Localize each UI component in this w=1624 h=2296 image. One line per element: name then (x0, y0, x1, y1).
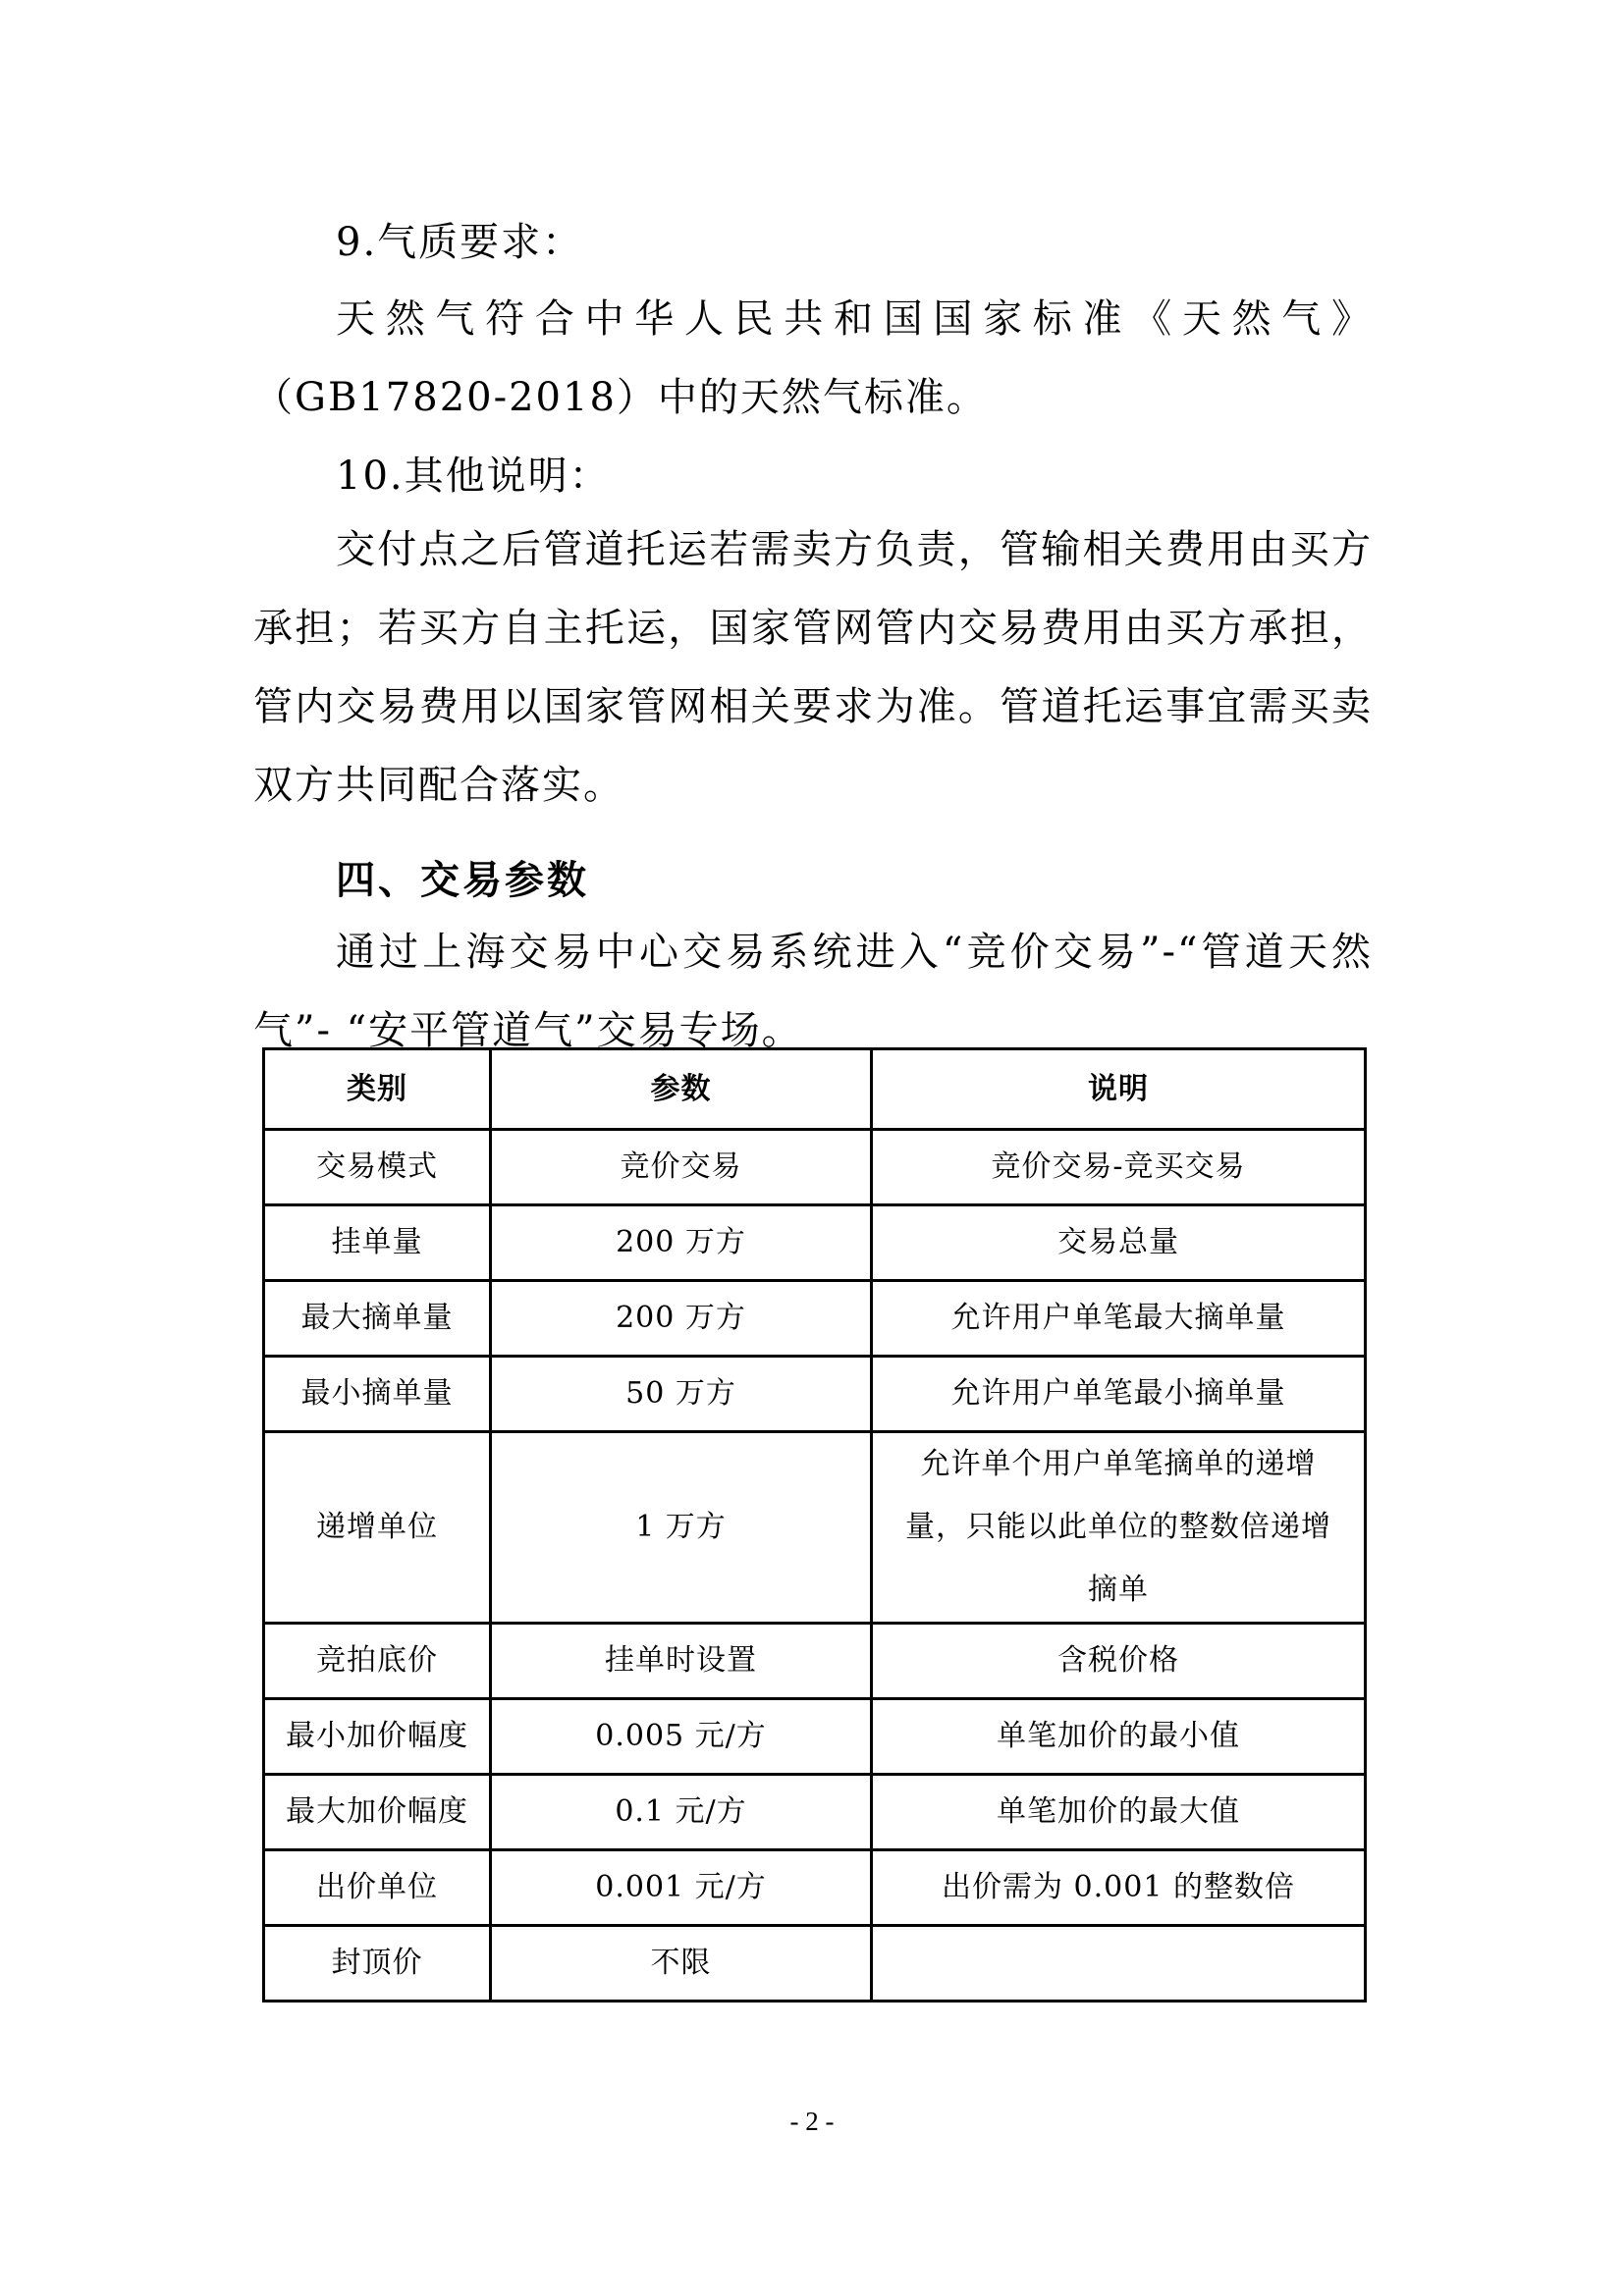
cell-note (872, 1926, 1366, 2002)
cell-parameter: 挂单时设置 (491, 1624, 872, 1699)
cell-category: 最小摘单量 (264, 1357, 491, 1432)
cell-parameter: 竞价交易 (491, 1130, 872, 1205)
table-row: 最大加价幅度 0.1 元/方 单笔加价的最大值 (264, 1775, 1366, 1850)
cell-note: 允许用户单笔最大摘单量 (872, 1281, 1366, 1357)
header-category: 类别 (264, 1049, 491, 1130)
table-row: 出价单位 0.001 元/方 出价需为 0.001 的整数倍 (264, 1850, 1366, 1926)
item9-heading: 9.气质要求： (336, 218, 583, 267)
cell-parameter: 200 万方 (491, 1281, 872, 1357)
table-row: 竞拍底价 挂单时设置 含税价格 (264, 1624, 1366, 1699)
cell-category: 最大加价幅度 (264, 1775, 491, 1850)
table-row: 封顶价 不限 (264, 1926, 1366, 2002)
table-row: 最小摘单量 50 万方 允许用户单笔最小摘单量 (264, 1357, 1366, 1432)
cell-note: 竞价交易-竞买交易 (872, 1130, 1366, 1205)
cell-note: 含税价格 (872, 1624, 1366, 1699)
cell-note: 出价需为 0.001 的整数倍 (872, 1850, 1366, 1926)
header-note: 说明 (872, 1049, 1366, 1130)
cell-category: 最大摘单量 (264, 1281, 491, 1357)
cell-parameter: 1 万方 (491, 1432, 872, 1624)
cell-category: 递增单位 (264, 1432, 491, 1624)
cell-category: 竞拍底价 (264, 1624, 491, 1699)
cell-category: 封顶价 (264, 1926, 491, 2002)
cell-parameter: 50 万方 (491, 1357, 872, 1432)
document-page: 9.气质要求： 天然气符合中华人民共和国国家标准《天然气》（GB17820-20… (0, 0, 1624, 2296)
item10-heading: 10.其他说明： (336, 452, 611, 501)
header-parameter: 参数 (491, 1049, 872, 1130)
section4-intro: 通过上海交易中心交易系统进入“竞价交易”-“管道天然气”- “安平管道气”交易专… (253, 913, 1373, 1070)
table-row: 递增单位 1 万方 允许单个用户单笔摘单的递增量，只能以此单位的整数倍递增摘单 (264, 1432, 1366, 1624)
cell-parameter: 200 万方 (491, 1205, 872, 1281)
item9-body: 天然气符合中华人民共和国国家标准《天然气》（GB17820-2018）中的天然气… (253, 280, 1373, 437)
table-row: 最大摘单量 200 万方 允许用户单笔最大摘单量 (264, 1281, 1366, 1357)
trading-parameters-table: 类别 参数 说明 交易模式 竞价交易 竞价交易-竞买交易 挂单量 200 万方 … (262, 1047, 1367, 2002)
cell-parameter: 0.001 元/方 (491, 1850, 872, 1926)
cell-note: 交易总量 (872, 1205, 1366, 1281)
table-row: 挂单量 200 万方 交易总量 (264, 1205, 1366, 1281)
cell-note: 允许单个用户单笔摘单的递增量，只能以此单位的整数倍递增摘单 (872, 1432, 1366, 1624)
cell-parameter: 0.1 元/方 (491, 1775, 872, 1850)
cell-parameter: 不限 (491, 1926, 872, 2002)
cell-note: 单笔加价的最大值 (872, 1775, 1366, 1850)
cell-note: 单笔加价的最小值 (872, 1699, 1366, 1775)
cell-category: 最小加价幅度 (264, 1699, 491, 1775)
section4-heading: 四、交易参数 (336, 856, 589, 905)
cell-parameter: 0.005 元/方 (491, 1699, 872, 1775)
cell-note: 允许用户单笔最小摘单量 (872, 1357, 1366, 1432)
table-header-row: 类别 参数 说明 (264, 1049, 1366, 1130)
table-row: 交易模式 竞价交易 竞价交易-竞买交易 (264, 1130, 1366, 1205)
item10-body: 交付点之后管道托运若需卖方负责，管输相关费用由买方承担；若买方自主托运，国家管网… (253, 510, 1373, 825)
cell-category: 出价单位 (264, 1850, 491, 1926)
cell-category: 交易模式 (264, 1130, 491, 1205)
table-row: 最小加价幅度 0.005 元/方 单笔加价的最小值 (264, 1699, 1366, 1775)
page-number: - 2 - (0, 2107, 1624, 2137)
cell-category: 挂单量 (264, 1205, 491, 1281)
